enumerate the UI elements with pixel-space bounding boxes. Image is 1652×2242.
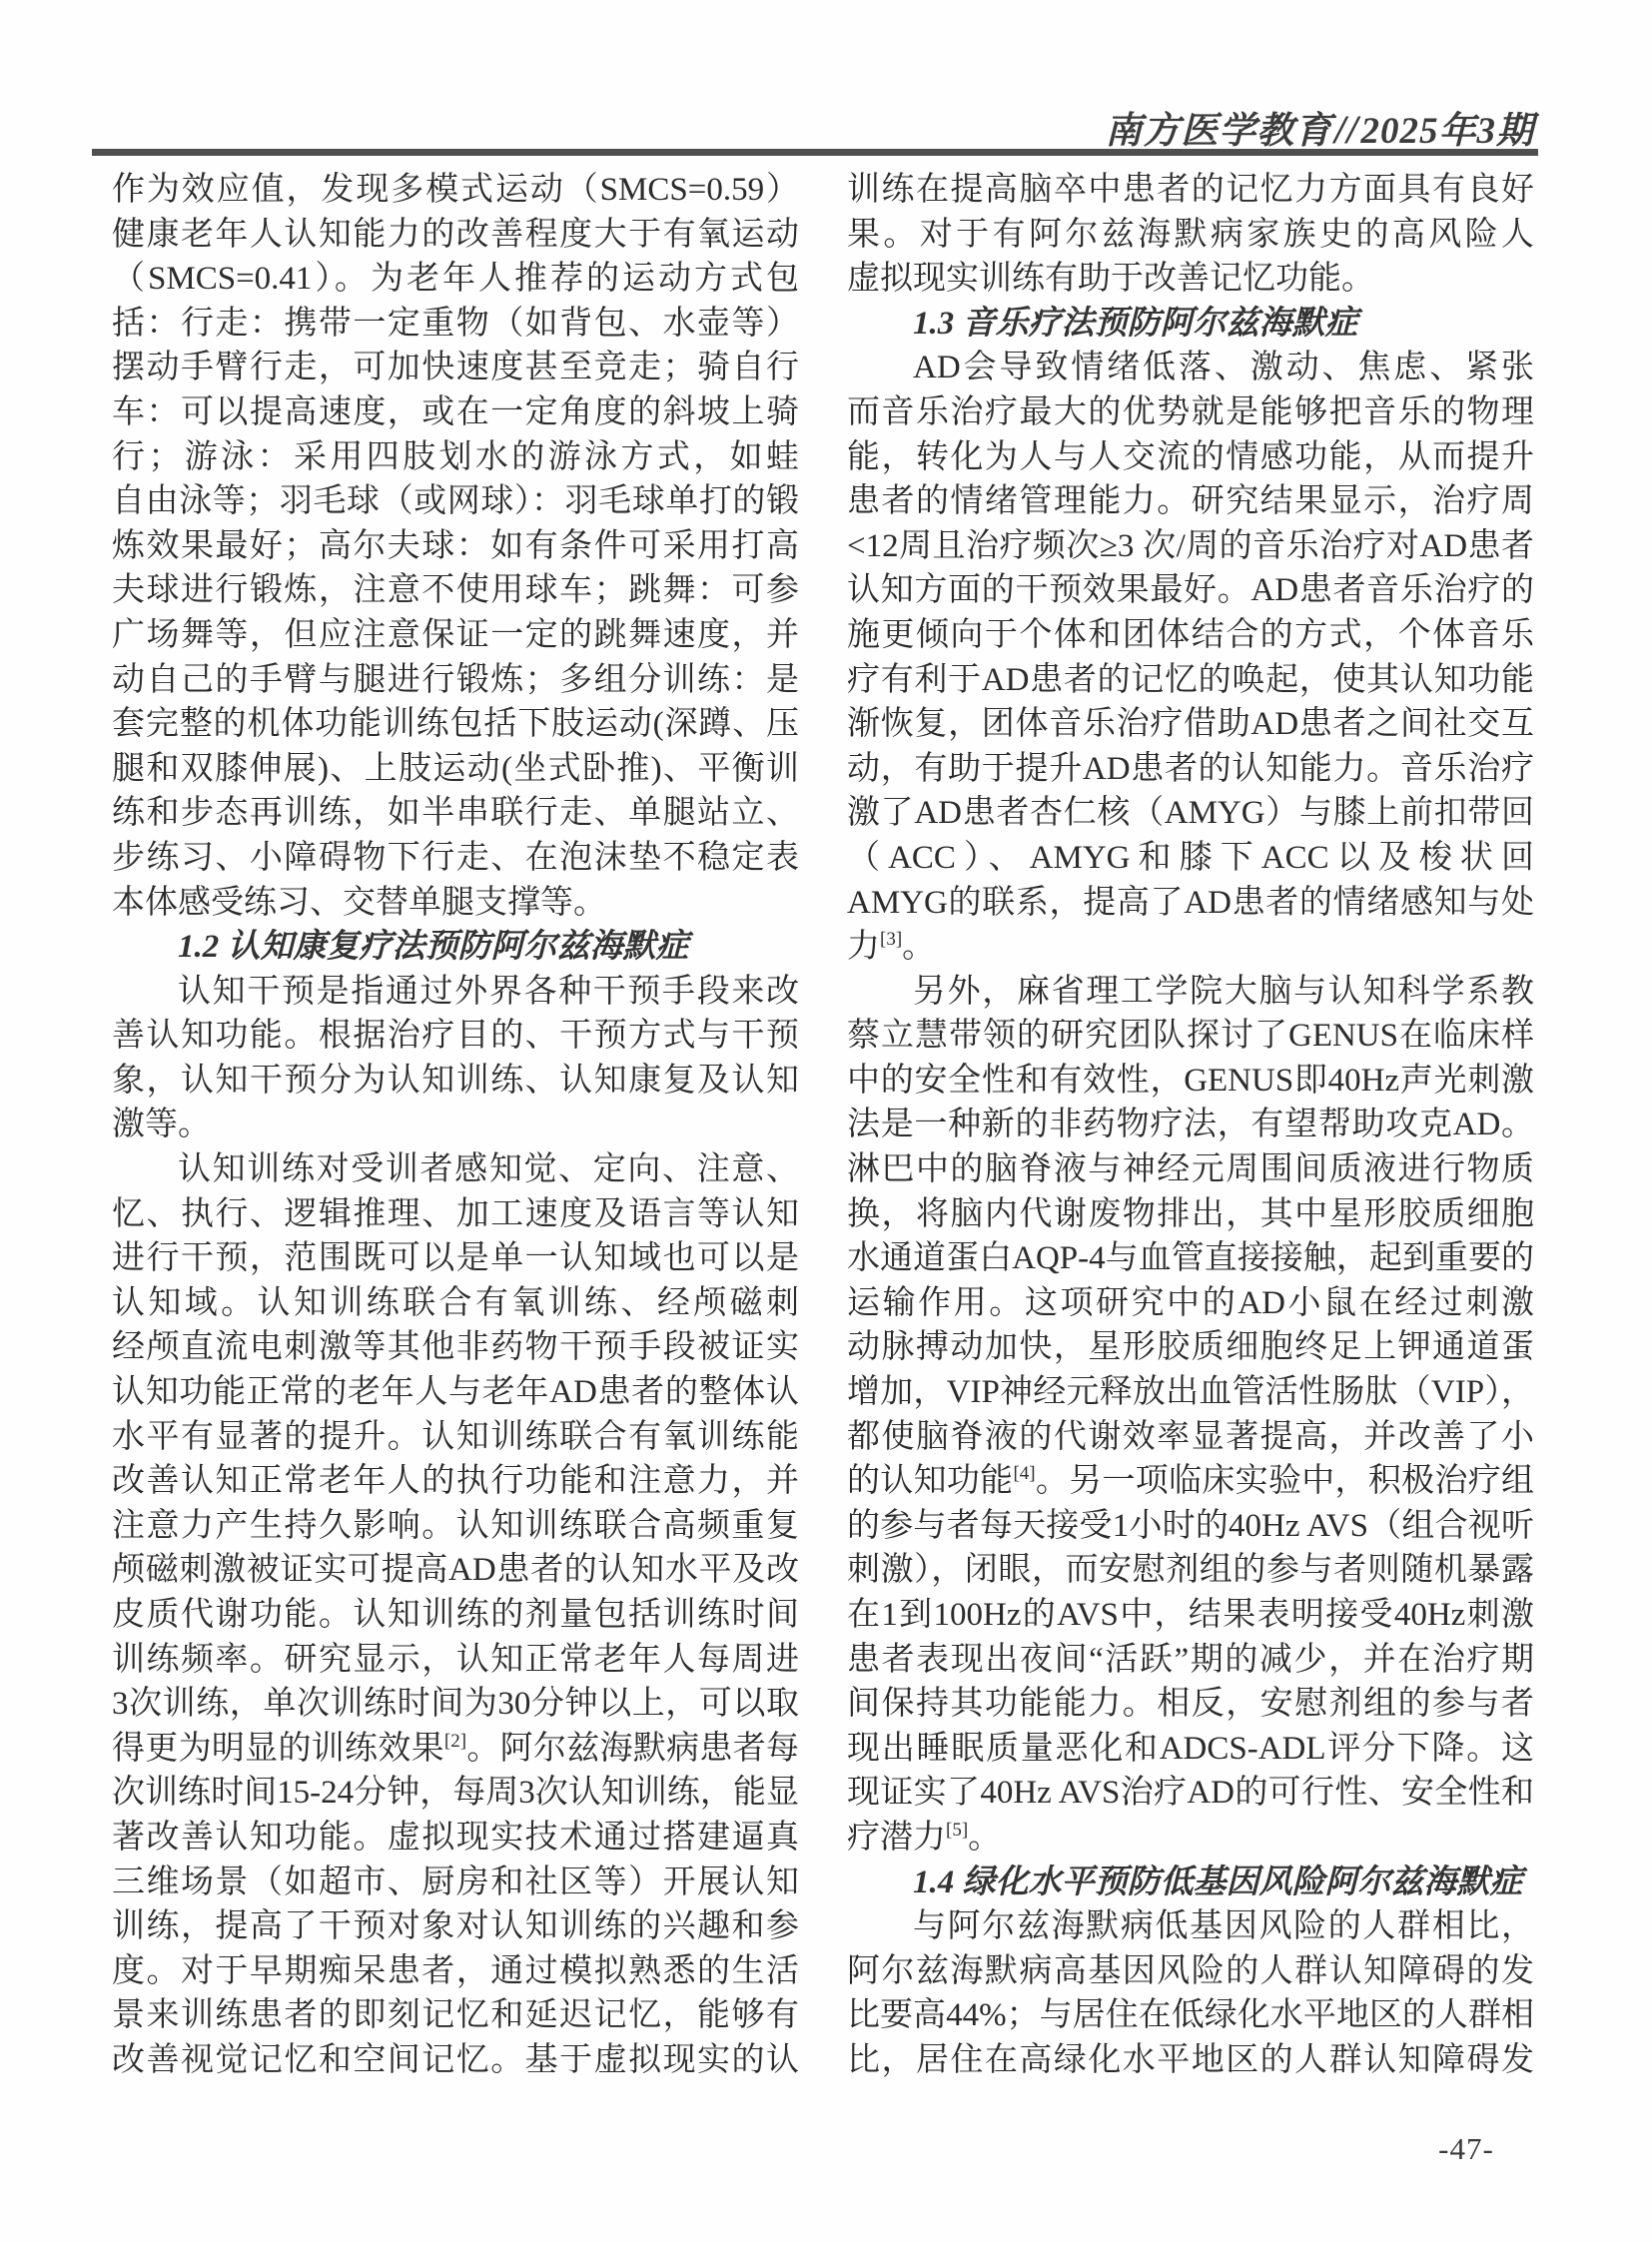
text-line: 动，有助于提升AD患者的认知能力。音乐治疗刺 [847, 747, 1534, 792]
text-line: 的参与者每天接受1小时的40Hz AVS（组合视听 [847, 1504, 1534, 1549]
text-line: AD会导致情绪低落、激动、焦虑、紧张等， [847, 346, 1534, 390]
text-line: 作为效应值，发现多模式运动（SMCS=0.59）对 [112, 168, 799, 213]
left-column: 作为效应值，发现多模式运动（SMCS=0.59）对健康老年人认知能力的改善程度大… [112, 168, 799, 2083]
text-line: 车：可以提高速度，或在一定角度的斜坡上骑 [112, 390, 799, 435]
text-line: 认知域。认知训练联合有氧训练、经颅磁刺激、 [112, 1281, 799, 1326]
text-line: 度。对于早期痴呆患者，通过模拟熟悉的生活场 [112, 1949, 799, 1994]
text-line: 淋巴中的脑脊液与神经元周围间质液进行物质交 [847, 1147, 1534, 1192]
text-line: 激了AD患者杏仁核（AMYG）与膝上前扣带回皮质 [847, 791, 1534, 836]
text-line: 训练频率。研究显示，认知正常老年人每周进行 [112, 1638, 799, 1683]
journal-title: 南方医学教育 [1105, 111, 1332, 152]
text-line: 阿尔兹海默病高基因风险的人群认知障碍的发生 [847, 1949, 1534, 1994]
text-line: 括：行走：携带一定重物（如背包、水壶等）并 [112, 302, 799, 347]
header-separator: // [1332, 107, 1360, 152]
text-line: 的认知功能[4]。另一项临床实验中，积极治疗组 [847, 1459, 1534, 1504]
text-line: 比，居住在高绿化水平地区的人群认知障碍发生 [847, 2038, 1534, 2083]
text-line: 中的安全性和有效性，GENUS即40Hz声光刺激疗 [847, 1059, 1534, 1104]
citation-superscript: [4] [1013, 1463, 1035, 1484]
section-heading: 1.3 音乐疗法预防阿尔兹海默症 [847, 302, 1534, 347]
text-line: 施更倾向于个体和团体结合的方式，个体音乐治 [847, 613, 1534, 658]
text-line: AMYG的联系，提高了AD患者的情绪感知与处理能 [847, 881, 1534, 926]
text-line: 认知训练对受训者感知觉、定向、注意、记 [112, 1147, 799, 1192]
text-line: 炼效果最好；高尔夫球：如有条件可采用打高尔 [112, 524, 799, 569]
text-line: 象，认知干预分为认知训练、认知康复及认知刺 [112, 1059, 799, 1104]
text-line: 水通道蛋白AQP-4与血管直接接触，起到重要的 [847, 1236, 1534, 1281]
text-line: 进行干预，范围既可以是单一认知域也可以是多 [112, 1236, 799, 1281]
text-line: 疗有利于AD患者的记忆的唤起，使其认知功能逐 [847, 658, 1534, 703]
text-line: 增加，VIP神经元释放出血管活性肠肽（VIP）， [847, 1370, 1534, 1415]
text-line: 刺激），闭眼，而安慰剂组的参与者则随机暴露 [847, 1548, 1534, 1593]
text-line: 颅磁刺激被证实可提高AD患者的认知水平及改善 [112, 1548, 799, 1593]
article-body: 作为效应值，发现多模式运动（SMCS=0.59）对健康老年人认知能力的改善程度大… [112, 168, 1534, 2083]
text-line: 训练，提高了干预对象对认知训练的兴趣和参与 [112, 1904, 799, 1949]
text-line: 法是一种新的非药物疗法，有望帮助攻克AD。脑 [847, 1103, 1534, 1147]
text-line: 疗潜力[5]。 [847, 1816, 1534, 1861]
text-line: 皮质代谢功能。认知训练的剂量包括训练时间和 [112, 1593, 799, 1638]
text-line: 夫球进行锻炼，注意不使用球车；跳舞：可参加 [112, 568, 799, 613]
text-line: <12周且治疗频次≥3 次/周的音乐治疗对AD患者 [847, 524, 1534, 569]
text-line: 次训练时间15-24分钟，每周3次认知训练，能显 [112, 1771, 799, 1816]
text-line: 改善认知正常老年人的执行功能和注意力，并对 [112, 1459, 799, 1504]
text-line: 渐恢复，团体音乐治疗借助AD患者之间社交互 [847, 702, 1534, 747]
journal-page: 南方医学教育//2025年3期 作为效应值，发现多模式运动（SMCS=0.59）… [0, 0, 1652, 2242]
section-heading: 1.2 认知康复疗法预防阿尔兹海默症 [112, 925, 799, 970]
text-line: 改善视觉记忆和空间记忆。基于虚拟现实的认知 [112, 2038, 799, 2083]
text-line: 善认知功能。根据治疗目的、干预方式与干预对 [112, 1014, 799, 1059]
text-line: 虚拟现实训练有助于改善记忆功能。 [847, 257, 1534, 302]
text-line: 套完整的机体功能训练包括下肢运动(深蹲、压 [112, 702, 799, 747]
text-line: 患者的情绪管理能力。研究结果显示，治疗周期 [847, 479, 1534, 524]
page-number: -47- [1400, 2131, 1532, 2167]
issue-label: 2025年3期 [1361, 111, 1535, 152]
text-line: 患者表现出夜间“活跃”期的减少，并在治疗期 [847, 1638, 1534, 1683]
text-line: 广场舞等，但应注意保证一定的跳舞速度，并摆 [112, 613, 799, 658]
text-line: 行；游泳：采用四肢划水的游泳方式，如蛙泳、 [112, 435, 799, 480]
text-line: （ACC）、AMYG和膝下ACC以及梭状回（FFG）和 [847, 836, 1534, 881]
text-line: 著改善认知功能。虚拟现实技术通过搭建逼真的 [112, 1816, 799, 1861]
text-line: 激等。 [112, 1103, 799, 1147]
text-line: 经颅直流电刺激等其他非药物干预手段被证实对 [112, 1325, 799, 1370]
citation-superscript: [5] [946, 1820, 968, 1841]
text-line: 摆动手臂行走，可加快速度甚至竞走；骑自行 [112, 346, 799, 390]
text-line: 与阿尔兹海默病低基因风险的人群相比， [847, 1904, 1534, 1949]
text-line: 训练在提高脑卒中患者的记忆力方面具有良好效 [847, 168, 1534, 213]
text-line: 现出睡眠质量恶化和ADCS-ADL评分下降。这些发 [847, 1727, 1534, 1772]
text-line: 得更为明显的训练效果[2]。阿尔兹海默病患者每 [112, 1727, 799, 1772]
text-line: 本体感受练习、交替单腿支撑等。 [112, 881, 799, 926]
text-line: 比要高44%；与居住在低绿化水平地区的人群相 [847, 1993, 1534, 2038]
text-line: （SMCS=0.41）。为老年人推荐的运动方式包 [112, 257, 799, 302]
right-column: 训练在提高脑卒中患者的记忆力方面具有良好效果。对于有阿尔兹海默病家族史的高风险人… [847, 168, 1534, 2083]
text-line: 另外，麻省理工学院大脑与认知科学系教授 [847, 970, 1534, 1015]
text-line: 景来训练患者的即刻记忆和延迟记忆，能够有效 [112, 1993, 799, 2038]
section-heading: 1.4 绿化水平预防低基因风险阿尔兹海默症 [847, 1861, 1534, 1905]
text-line: 能，转化为人与人交流的情感功能，从而提升AD [847, 435, 1534, 480]
text-line: 腿和双膝伸展)、上肢运动(坐式卧推)、平衡训 [112, 747, 799, 792]
text-line: 换，将脑内代谢废物排出，其中星形胶质细胞的 [847, 1192, 1534, 1237]
text-line: 蔡立慧带领的研究团队探讨了GENUS在临床样本 [847, 1014, 1534, 1059]
header-divider [92, 149, 1538, 156]
text-line: 认知干预是指通过外界各种干预手段来改 [112, 970, 799, 1015]
text-line: 3次训练，单次训练时间为30分钟以上，可以取 [112, 1682, 799, 1727]
text-line: 步练习、小障碍物下行走、在泡沫垫不稳定表面 [112, 836, 799, 881]
text-line: 间保持其功能能力。相反，安慰剂组的参与者表 [847, 1682, 1534, 1727]
text-line: 都使脑脊液的代谢效率显著提高，并改善了小鼠 [847, 1415, 1534, 1460]
text-line: 健康老年人认知能力的改善程度大于有氧运动 [112, 213, 799, 258]
text-line: 认知功能正常的老年人与老年AD患者的整体认知 [112, 1370, 799, 1415]
text-line: 果。对于有阿尔兹海默病家族史的高风险人群， [847, 213, 1534, 258]
text-line: 现证实了40Hz AVS治疗AD的可行性、安全性和治 [847, 1771, 1534, 1816]
text-line: 力[3]。 [847, 925, 1534, 970]
page-header: 南方医学教育//2025年3期 [1105, 100, 1534, 154]
text-line: 认知方面的干预效果最好。AD患者音乐治疗的实 [847, 568, 1534, 613]
text-line: 在1到100Hz的AVS中，结果表明接受40Hz刺激的 [847, 1593, 1534, 1638]
text-line: 而音乐治疗最大的优势就是能够把音乐的物理功 [847, 390, 1534, 435]
text-line: 运输作用。这项研究中的AD小鼠在经过刺激后， [847, 1281, 1534, 1326]
text-line: 动自己的手臂与腿进行锻炼；多组分训练：是一 [112, 658, 799, 703]
text-line: 注意力产生持久影响。认知训练联合高频重复经 [112, 1504, 799, 1549]
text-line: 动脉搏动加快，星形胶质细胞终足上钾通道蛋白 [847, 1325, 1534, 1370]
text-line: 三维场景（如超市、厨房和社区等）开展认知 [112, 1861, 799, 1905]
text-line: 练和步态再训练，如半串联行走、单腿站立、踏 [112, 791, 799, 836]
text-line: 自由泳等；羽毛球（或网球）：羽毛球单打的锻 [112, 479, 799, 524]
citation-superscript: [2] [444, 1731, 466, 1752]
citation-superscript: [3] [880, 929, 902, 950]
text-line: 忆、执行、逻辑推理、加工速度及语言等认知域 [112, 1192, 799, 1237]
text-line: 水平有显著的提升。认知训练联合有氧训练能够 [112, 1415, 799, 1460]
